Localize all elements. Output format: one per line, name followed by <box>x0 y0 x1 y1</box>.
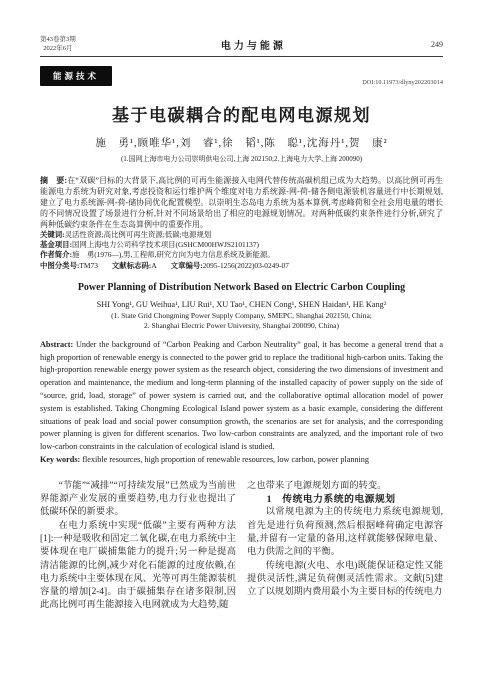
body-paragraph: 以常规电源为主的传统电力系统电源规划,首先是进行负荷预测,然后根据峰荷确定电源容… <box>247 506 443 559</box>
keywords-cn: 关键词:灵活性资源;高比例可再生资源;低碳;电源规划 <box>40 230 443 240</box>
keywords-text-en: flexible resources, high proportion of r… <box>82 455 369 464</box>
title-en: Power Planning of Distribution Network B… <box>40 282 443 293</box>
article-id-value: 2095-1256(2022)03-0249-07 <box>203 261 289 270</box>
fund-text: 国网上海电力公司科学技术项目(GSHCM00HWJS2101137) <box>72 240 259 249</box>
body-paragraph: 在电力系统中实现“低碳”主要有两种方法[1]:一种是吸收和固定二氧化碳,在电力系… <box>40 520 236 613</box>
authors-cn: 施 勇¹,顾唯华¹,刘 睿¹,徐 韬¹,陈 聪¹,沈海丹¹,贺 康² <box>40 135 443 150</box>
abstract-text-en: Under the background of “Carbon Peaking … <box>40 340 443 451</box>
section-heading-1: 1 传统电力系统的电源规划 <box>247 493 443 506</box>
doi-text: DOI:10.11973/dlyny202203014 <box>362 79 443 86</box>
clc-label: 中图分类号: <box>40 261 79 270</box>
journal-header: 第43卷第3期 2022年6月 电力与能源 249 <box>40 36 443 57</box>
keywords-label-en: Key words: <box>40 455 80 464</box>
journal-name: 电力与能源 <box>221 37 286 52</box>
fund-label: 基金项目: <box>40 240 72 249</box>
body-paragraph: “节能”“减排”“可持续发展”已然成为当前世界能源产业发展的重要趋势,电力行业也… <box>40 480 236 520</box>
badge-row: 能源技术 DOI:10.11973/dlyny202203014 <box>40 66 443 86</box>
keywords-label-cn: 关键词: <box>40 230 65 239</box>
date-line: 2022年6月 <box>40 45 76 54</box>
clc-value: TM73 <box>79 261 97 270</box>
body-paragraph-continuation: 之也带来了电源规划方面的转变。 <box>247 480 443 493</box>
left-column: “节能”“减排”“可持续发展”已然成为当前世界能源产业发展的重要趋势,电力行业也… <box>40 480 236 613</box>
page-number: 249 <box>431 40 443 49</box>
bio-text: 施 勇(1976—),男,工程师,研究方向为电力信息系统及新能源。 <box>72 250 275 259</box>
body-columns: “节能”“减排”“可持续发展”已然成为当前世界能源产业发展的重要趋势,电力行业也… <box>40 480 443 613</box>
fund-line: 基金项目:国网上海电力公司科学技术项目(GSHCM00HWJS2101137) <box>40 240 443 250</box>
keywords-text-cn: 灵活性资源;高比例可再生资源;低碳;电源规划 <box>65 230 212 239</box>
section-badge: 能源技术 <box>40 66 112 86</box>
abstract-cn: 摘 要:在“双碳”目标的大背景下,高比例的可再生能源接入电网代替传统高碳机组已成… <box>40 175 443 230</box>
volume-issue: 第43卷第3期 2022年6月 <box>40 36 76 53</box>
affiliation-en-line1: (1. State Grid Chongming Power Supply Co… <box>40 311 443 321</box>
doc-code-label: 文献标志码: <box>112 261 151 270</box>
volume-line: 第43卷第3期 <box>40 36 76 45</box>
classification-line: 中图分类号:TM73文献标志码:A文章编号:2095-1256(2022)03-… <box>40 261 443 271</box>
author-bio-line: 作者简介:施 勇(1976—),男,工程师,研究方向为电力信息系统及新能源。 <box>40 250 443 260</box>
right-column: 之也带来了电源规划方面的转变。 1 传统电力系统的电源规划 以常规电源为主的传统… <box>247 480 443 613</box>
abstract-label-cn: 摘 要: <box>40 176 67 185</box>
bio-label: 作者简介: <box>40 250 72 259</box>
keywords-en: Key words: flexible resources, high prop… <box>40 454 443 467</box>
article-id-label: 文章编号: <box>171 261 203 270</box>
affiliation-cn: (1.国网上海市电力公司崇明供电公司,上海 202150;2.上海电力大学,上海… <box>40 154 443 164</box>
abstract-text-cn: 在“双碳”目标的大背景下,高比例的可再生能源接入电网代替传统高碳机组已成为大趋势… <box>40 176 443 229</box>
abstract-en: Abstract: Under the background of “Carbo… <box>40 339 443 454</box>
affiliation-en: (1. State Grid Chongming Power Supply Co… <box>40 311 443 331</box>
paper-page: 第43卷第3期 2022年6月 电力与能源 249 能源技术 DOI:10.11… <box>0 0 480 679</box>
abstract-label-en: Abstract: <box>40 340 73 349</box>
authors-en: SHI Yong¹, GU Weihua¹, LIU Rui¹, XU Tao¹… <box>40 300 443 309</box>
doc-code-value: A <box>151 261 156 270</box>
body-paragraph: 传统电源(火电、水电)既能保证稳定性又能提供灵活性,满足负荷侧灵活性需求。文献[… <box>247 560 443 600</box>
affiliation-en-line2: 2. Shanghai Electric Power University, S… <box>40 321 443 331</box>
title-cn: 基于电碳耦合的配电网电源规划 <box>40 101 443 126</box>
